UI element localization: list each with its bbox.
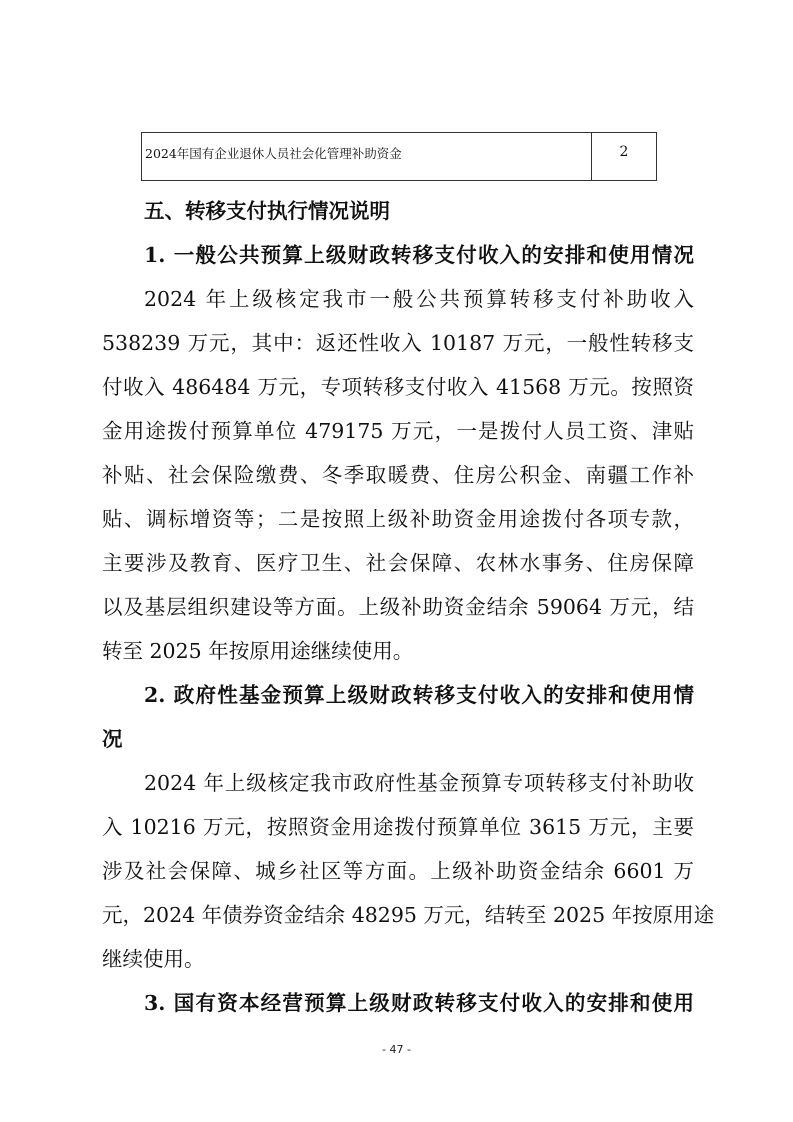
page-number: - 47 - (0, 1043, 793, 1056)
paragraph-line: 转至 2025 年按原用途继续使用。 (102, 639, 694, 663)
subsection-2-heading-cont: 况 (102, 727, 694, 751)
paragraph-line: 涉及社会保障、城乡社区等方面。上级补助资金结余 6601 万 (102, 859, 694, 883)
paragraph-line: 金用途拨付预算单位 479175 万元，一是拨付人员工资、津贴 (102, 419, 694, 443)
subsection-1-heading: 1. 一般公共预算上级财政转移支付收入的安排和使用情况 (144, 243, 694, 267)
paragraph-line: 付收入 486484 万元，专项转移支付收入 41568 万元。按照资 (102, 375, 694, 399)
paragraph-line: 2024 年上级核定我市政府性基金预算专项转移支付补助收 (144, 771, 694, 795)
paragraph-line: 贴、调标增资等；二是按照上级补助资金用途拨付各项专款， (102, 507, 694, 531)
paragraph-line: 2024 年上级核定我市一般公共预算转移支付补助收入 (144, 287, 694, 311)
table-cell-item-name: 2024年国有企业退休人员社会化管理补助资金 (142, 133, 592, 180)
subsection-3-heading: 3. 国有资本经营预算上级财政转移支付收入的安排和使用 (144, 991, 694, 1015)
subsidy-table: 2024年国有企业退休人员社会化管理补助资金 2 (141, 132, 657, 181)
table-cell-value: 2 (592, 133, 656, 180)
paragraph-line: 继续使用。 (102, 947, 694, 971)
paragraph-line: 补贴、社会保险缴费、冬季取暖费、住房公积金、南疆工作补 (102, 463, 694, 487)
paragraph-line: 元，2024 年债券资金结余 48295 万元，结转至 2025 年按原用途 (102, 903, 694, 927)
paragraph-line: 538239 万元，其中：返还性收入 10187 万元，一般性转移支 (102, 331, 694, 355)
paragraph-line: 以及基层组织建设等方面。上级补助资金结余 59064 万元，结 (102, 595, 694, 619)
section-heading: 五、转移支付执行情况说明 (144, 199, 694, 223)
paragraph-line: 主要涉及教育、医疗卫生、社会保障、农林水事务、住房保障 (102, 551, 694, 575)
subsection-2-heading: 2. 政府性基金预算上级财政转移支付收入的安排和使用情 (144, 683, 694, 707)
paragraph-line: 入 10216 万元，按照资金用途拨付预算单位 3615 万元，主要 (102, 815, 694, 839)
